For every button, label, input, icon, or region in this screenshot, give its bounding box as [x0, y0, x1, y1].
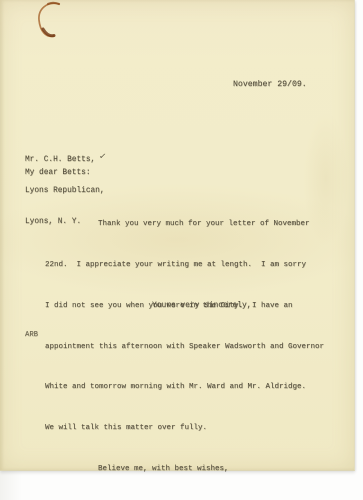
letter-date: November 29/09.	[233, 80, 307, 89]
body-line: White and tomorrow morning with Mr. Ward…	[45, 381, 335, 395]
body-line: appointment this afternoon with Speaker …	[45, 341, 335, 355]
body-line: Believe me, with best wishes,	[45, 463, 335, 477]
letter-page: November 29/09. Mr. C.H. Betts,✓ Lyons R…	[0, 0, 355, 471]
body-line: 22nd. I appreciate your writing me at le…	[45, 259, 335, 273]
scan-background: November 29/09. Mr. C.H. Betts,✓ Lyons R…	[0, 0, 363, 500]
salutation: My dear Betts:	[25, 169, 91, 177]
ink-stain	[0, 0, 90, 50]
typist-initials: ARB	[25, 331, 38, 339]
letter-body: Thank you very much for your letter of N…	[45, 191, 335, 500]
recipient-name-row: Mr. C.H. Betts,✓	[25, 155, 105, 165]
recipient-name: Mr. C.H. Betts,	[25, 156, 95, 164]
body-line: We will talk this matter over fully.	[45, 422, 335, 436]
checkmark-annotation: ✓	[99, 152, 106, 163]
closing: Yours very sincerely,	[152, 301, 251, 310]
body-line: Thank you very much for your letter of N…	[45, 218, 335, 232]
